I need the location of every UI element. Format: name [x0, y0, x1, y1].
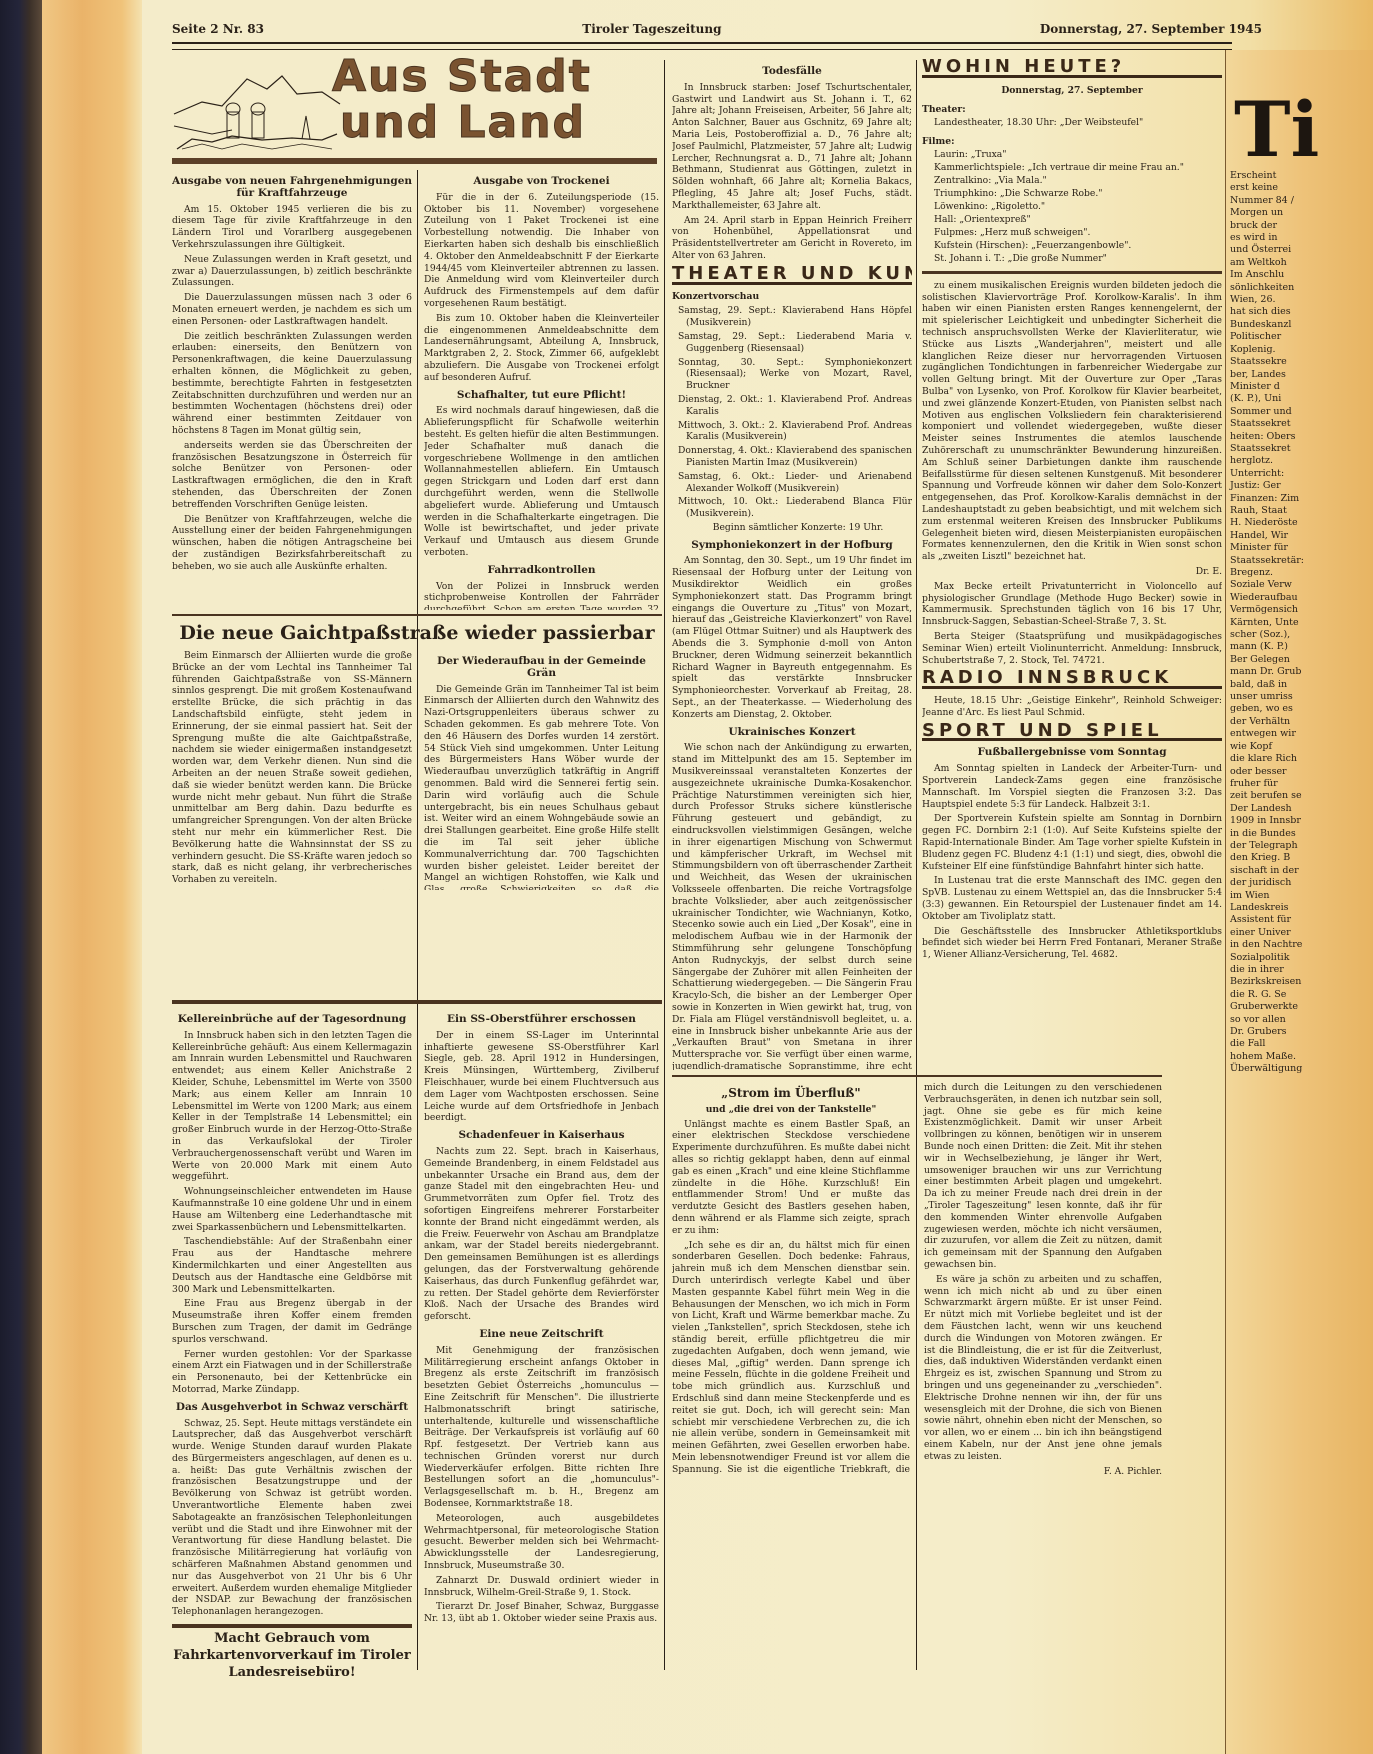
- wohin-heute-box: Donnerstag, 27. September Theater: Lande…: [922, 84, 1222, 265]
- page-gutter: [42, 0, 142, 1754]
- adjacent-line: Finanzen: Zim: [1226, 493, 1373, 505]
- adjacent-line: einer Univer: [1226, 927, 1373, 939]
- adjacent-line: Überwältigung: [1226, 1063, 1373, 1075]
- film-item: Kufstein (Hirschen): „Feuerzangenbowle".: [922, 239, 1222, 252]
- adjacent-line: Sozialpolitik: [1226, 952, 1373, 964]
- rule: [672, 1075, 1162, 1077]
- concert-item: Sonntag, 30. Sept.: Symphoniekonzert (Ri…: [672, 357, 912, 392]
- adjacent-line: Staatssekre: [1226, 356, 1373, 368]
- film-list: Laurin: „Truxa"Kammerlichtspiele: „Ich v…: [922, 148, 1222, 265]
- column-2-lower: Der Wiederaufbau in der Gemeinde Grän Di…: [424, 650, 659, 890]
- rule: [172, 1000, 662, 1004]
- adjacent-line: H. Niederöste: [1226, 517, 1373, 529]
- adjacent-line: in den Nachtre: [1226, 939, 1373, 951]
- section-banner: Aus Stadt und Land: [172, 54, 672, 154]
- adjacent-line: heiten: Obers: [1226, 431, 1373, 443]
- adjacent-line: erst keine: [1226, 182, 1373, 194]
- adjacent-line: Wien, 26.: [1226, 294, 1373, 306]
- section-title-wohin: WOHIN HEUTE?: [922, 61, 1222, 78]
- column-1-bottom: Kellereinbrüche auf der Tagesordnung In …: [172, 1008, 412, 1618]
- adjacent-line: Staatssekret: [1226, 418, 1373, 430]
- adjacent-line: Soziale Verw: [1226, 579, 1373, 591]
- film-item: Laurin: „Truxa": [922, 148, 1222, 161]
- adjacent-line: Staatssekret: [1226, 443, 1373, 455]
- adjacent-masthead: Ti: [1234, 90, 1373, 170]
- adjacent-line: entwegen wir: [1226, 728, 1373, 740]
- adjacent-line: Sommer und: [1226, 406, 1373, 418]
- book-binding: [0, 0, 42, 1754]
- adjacent-line: unser umriss: [1226, 691, 1373, 703]
- adjacent-line: mann Dr. Grub: [1226, 666, 1373, 678]
- ad-berta-steiger: Berta Steiger (Staatsprüfung und musikpä…: [922, 631, 1222, 666]
- innsbruck-skyline-icon: [172, 54, 342, 154]
- column-4: WOHIN HEUTE? Donnerstag, 27. September T…: [922, 55, 1222, 1070]
- adjacent-line: am Weltkoh: [1226, 257, 1373, 269]
- adjacent-line: Dr. Grubers: [1226, 1026, 1373, 1038]
- adjacent-line: in die Bundes: [1226, 828, 1373, 840]
- film-item: Fulpmes: „Herz muß schweigen".: [922, 226, 1222, 239]
- page-number: Seite 2 Nr. 83: [172, 22, 264, 36]
- rule: [172, 614, 662, 616]
- adjacent-line: und Österrei: [1226, 244, 1373, 256]
- concert-item: Mittwoch, 10. Okt.: Liederabend Blanca F…: [672, 496, 912, 520]
- section-title-sport: SPORT UND SPIEL: [922, 725, 1222, 742]
- adjacent-line: Der Landesh: [1226, 803, 1373, 815]
- adjacent-line: (K. P.), Uni: [1226, 393, 1373, 405]
- adjacent-line: so vor allen: [1226, 1014, 1373, 1026]
- issue-date: Donnerstag, 27. September 1945: [1040, 22, 1262, 36]
- adjacent-line: mann (K. P.): [1226, 641, 1373, 653]
- adjacent-line: Gruberwerkte: [1226, 1001, 1373, 1013]
- adjacent-line: Handel, Wir: [1226, 530, 1373, 542]
- adjacent-line: hohem Maße.: [1226, 1051, 1373, 1063]
- page-header: Seite 2 Nr. 83 Tiroler Tageszeitung Donn…: [172, 0, 1232, 40]
- travel-notice: Macht Gebrauch vom Fahrkartenvorverkauf …: [172, 1630, 412, 1681]
- ad-max-becke: Max Becke erteilt Privatunterricht in Vi…: [922, 581, 1222, 628]
- adjacent-line: bruck der: [1226, 220, 1373, 232]
- adjacent-line: sischaft in der: [1226, 865, 1373, 877]
- concert-item: Mittwoch, 3. Okt.: 2. Klavierabend Prof.…: [672, 420, 912, 444]
- column-2-bottom: Ein SS-Oberstführer erschossen Der in ei…: [424, 1008, 659, 1708]
- adjacent-line: oder besser: [1226, 766, 1373, 778]
- adjacent-line: ber, Landes: [1226, 369, 1373, 381]
- adjacent-line: Minister d: [1226, 381, 1373, 393]
- adjacent-line: fruher für: [1226, 778, 1373, 790]
- adjacent-line: die klare Rich: [1226, 753, 1373, 765]
- adjacent-line: der Verhältn: [1226, 716, 1373, 728]
- column-3: Todesfälle In Innsbruck starben: Josef T…: [672, 60, 912, 1070]
- concert-item: Samstag, 29. Sept.: Klavierabend Hans Hö…: [672, 305, 912, 329]
- banner-title: Aus Stadt und Land: [332, 54, 592, 146]
- adjacent-line: Vermögensich: [1226, 604, 1373, 616]
- rule: [922, 271, 1222, 274]
- adjacent-page-edge: Ti Erscheinterst keineNummer 84 /Morgen …: [1225, 50, 1373, 1754]
- adjacent-line: Bezirkskreisen: [1226, 976, 1373, 988]
- adjacent-page-text: Erscheinterst keineNummer 84 /Morgen unb…: [1226, 170, 1373, 1076]
- adjacent-line: Unterricht:: [1226, 468, 1373, 480]
- column-2: Ausgabe von Trockenei Für die in der 6. …: [424, 170, 659, 610]
- adjacent-line: Minister für: [1226, 542, 1373, 554]
- film-item: Zentralkino: „Via Mala.": [922, 174, 1222, 187]
- film-item: Kammerlichtspiele: „Ich vertraue dir mei…: [922, 161, 1222, 174]
- adjacent-line: Im Anschlu: [1226, 269, 1373, 281]
- adjacent-line: Politischer: [1226, 331, 1373, 343]
- adjacent-line: zeit berufen se: [1226, 790, 1373, 802]
- film-item: Triumphkino: „Die Schwarze Robe.": [922, 187, 1222, 200]
- adjacent-line: Kärnten, Unte: [1226, 617, 1373, 629]
- adjacent-line: geben, wo es: [1226, 703, 1373, 715]
- film-item: Hall: „Orientexpreß": [922, 213, 1222, 226]
- adjacent-line: bald, daß in: [1226, 679, 1373, 691]
- adjacent-line: herglotz.: [1226, 455, 1373, 467]
- column-divider: [664, 60, 665, 1670]
- article-title: Ausgabe von neuen Fahrgenehmigungen für …: [172, 176, 412, 200]
- concert-item: Samstag, 29. Sept.: Liederabend Maria v.…: [672, 331, 912, 355]
- section-title-radio: RADIO INNSBRUCK: [922, 672, 1222, 689]
- concert-item: Donnerstag, 4. Okt.: Klavierabend des sp…: [672, 445, 912, 469]
- film-item: St. Johann i. T.: „Die große Nummer": [922, 252, 1222, 265]
- adjacent-line: Assistent für: [1226, 914, 1373, 926]
- adjacent-line: Justiz: Ger: [1226, 480, 1373, 492]
- newspaper-title: Tiroler Tageszeitung: [582, 22, 721, 36]
- adjacent-line: der Telegraph: [1226, 840, 1373, 852]
- adjacent-line: die in ihrer: [1226, 964, 1373, 976]
- adjacent-line: die Fall: [1226, 1038, 1373, 1050]
- column-1-lower: Beim Einmarsch der Alliierten wurde die …: [172, 650, 412, 890]
- adjacent-line: Morgen un: [1226, 207, 1373, 219]
- concert-item: Dienstag, 2. Okt.: 1. Klavierabend Prof.…: [672, 394, 912, 418]
- banner-rule: [172, 158, 657, 164]
- adjacent-line: Nummer 84 /: [1226, 195, 1373, 207]
- adjacent-line: Rauh, Staat: [1226, 505, 1373, 517]
- adjacent-line: scher (Soz.),: [1226, 629, 1373, 641]
- strom-article: „Strom im Überfluß" und „die drei von de…: [672, 1082, 1162, 1702]
- adjacent-line: hat sich dies: [1226, 306, 1373, 318]
- adjacent-line: 1909 in Innsbr: [1226, 815, 1373, 827]
- column-divider: [417, 170, 418, 1670]
- adjacent-line: Ber Gelegen: [1226, 654, 1373, 666]
- adjacent-line: im Wien: [1226, 890, 1373, 902]
- adjacent-line: Koplenig.: [1226, 344, 1373, 356]
- section-title-theater: THEATER UND KUNST: [672, 268, 912, 285]
- concert-item: Samstag, 6. Okt.: Lieder- und Arienabend…: [672, 471, 912, 495]
- concert-list: Samstag, 29. Sept.: Klavierabend Hans Hö…: [672, 305, 912, 520]
- rule: [172, 1624, 412, 1628]
- headline: Die neue Gaichtpaßstraße wieder passierb…: [172, 622, 662, 644]
- adjacent-line: wie Kopf: [1226, 741, 1373, 753]
- adjacent-line: den Krieg. B: [1226, 852, 1373, 864]
- adjacent-line: sönlichkeiten: [1226, 282, 1373, 294]
- adjacent-line: Landeskreis: [1226, 902, 1373, 914]
- film-item: Löwenkino: „Rigoletto.": [922, 200, 1222, 213]
- adjacent-line: Bregenz.: [1226, 567, 1373, 579]
- adjacent-line: es wird in: [1226, 232, 1373, 244]
- column-1: Ausgabe von neuen Fahrgenehmigungen für …: [172, 170, 412, 610]
- adjacent-line: Bundeskanzl: [1226, 319, 1373, 331]
- adjacent-line: die R. G. Se: [1226, 989, 1373, 1001]
- adjacent-line: der juridisch: [1226, 877, 1373, 889]
- adjacent-line: Wiederaufbau: [1226, 592, 1373, 604]
- newspaper-page: Seite 2 Nr. 83 Tiroler Tageszeitung Donn…: [142, 0, 1373, 1754]
- header-rule: [172, 42, 1232, 50]
- adjacent-line: Staatssekretär:: [1226, 555, 1373, 567]
